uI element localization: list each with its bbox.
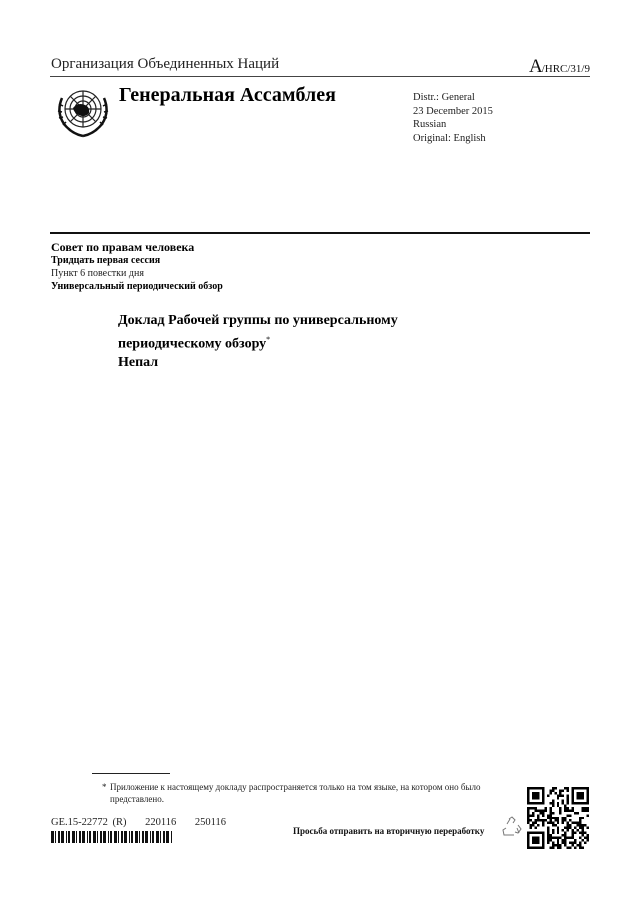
country-name: Непал <box>118 355 158 371</box>
symbol-suffix: /HRC/31/9 <box>542 63 590 75</box>
footnote-text: Приложение к настоящему докладу распрост… <box>110 782 480 804</box>
organization-name: Организация Объединенных Наций <box>51 56 279 73</box>
recycle-icon <box>500 815 524 839</box>
agenda-item: Пункт 6 повестки дня <box>51 267 223 280</box>
title-line-2: периодическому обзору <box>118 337 266 352</box>
recycle-notice: Просьба отправить на вторичную переработ… <box>293 826 484 836</box>
header-rule <box>50 76 590 77</box>
barcode-icon <box>51 831 173 843</box>
language-line: Russian <box>413 118 493 132</box>
body-name: Генеральная Ассамблея <box>119 84 336 107</box>
footnote-mark: * <box>102 781 107 793</box>
qr-code-icon[interactable] <box>527 787 589 849</box>
footnote: * Приложение к настоящему докладу распро… <box>110 781 510 805</box>
date-code-1: 220116 <box>145 817 176 828</box>
distribution-block: Distr.: General 23 December 2015 Russian… <box>413 91 493 145</box>
agenda-topic: Универсальный периодический обзор <box>51 280 223 293</box>
un-emblem-icon <box>52 80 114 142</box>
report-title: Доклад Рабочей группы по универсальному … <box>118 311 398 354</box>
date-code-2: 250116 <box>195 817 226 828</box>
council-name: Совет по правам человека <box>51 240 223 254</box>
document-number-line: GE.15-22772 (R) 220116 250116 <box>51 817 240 828</box>
document-number: GE.15-22772 (R) <box>51 817 127 828</box>
title-line-1: Доклад Рабочей группы по универсальному <box>118 311 398 330</box>
document-symbol: A/HRC/31/9 <box>529 56 590 78</box>
date-line: 23 December 2015 <box>413 105 493 119</box>
original-language-line: Original: English <box>413 132 493 146</box>
session-name: Тридцать первая сессия <box>51 254 223 267</box>
footnote-rule <box>92 773 170 774</box>
title-footnote-mark[interactable]: * <box>266 335 270 344</box>
section-rule <box>50 232 590 234</box>
distr-line: Distr.: General <box>413 91 493 105</box>
symbol-prefix: A <box>529 56 542 77</box>
meeting-info: Совет по правам человека Тридцать первая… <box>51 240 223 293</box>
